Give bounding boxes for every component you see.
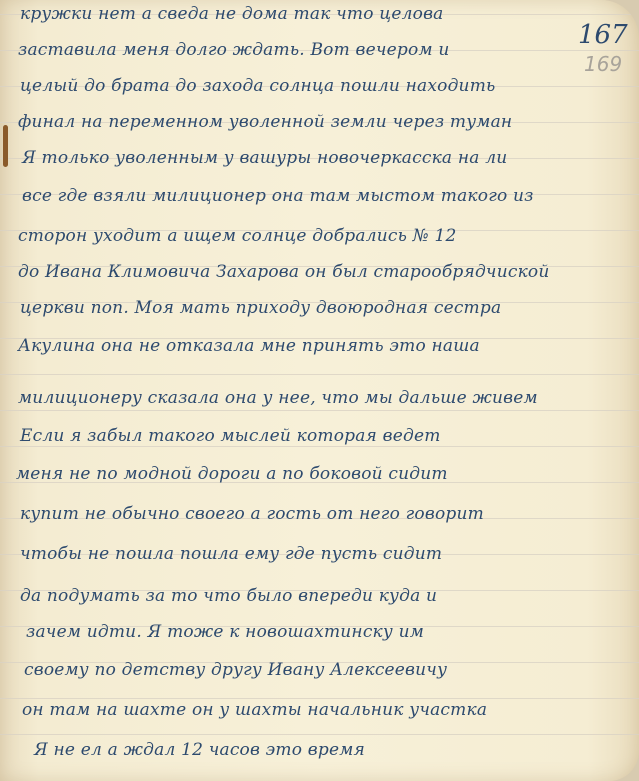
text-line: зачем идти. Я тоже к новошахтинску им bbox=[26, 622, 424, 642]
text-line: заставила меня долго ждать. Вот вечером … bbox=[18, 40, 450, 60]
binding-stain bbox=[3, 125, 8, 167]
text-line: Акулина она не отказала мне принять это … bbox=[18, 336, 480, 356]
text-line: да подумать за то что было впереди куда … bbox=[20, 586, 437, 606]
text-line: милиционеру сказала она у нее, что мы да… bbox=[18, 388, 538, 408]
text-line: церкви поп. Моя мать приходу двоюродная … bbox=[20, 298, 501, 318]
text-line: Я только уволенным у вашуры новочеркасск… bbox=[22, 148, 507, 168]
text-line: до Ивана Климовича Захарова он был старо… bbox=[18, 262, 550, 282]
text-line: чтобы не пошла пошла ему где пусть сидит bbox=[20, 544, 442, 564]
ruled-line bbox=[0, 698, 639, 699]
ruled-line bbox=[0, 410, 639, 411]
text-line: целый до брата до захода солнца пошли на… bbox=[20, 76, 495, 96]
page-number-pencil: 169 bbox=[584, 52, 622, 76]
page-number-ink: 167 bbox=[578, 20, 628, 50]
notebook-page: 167 169 кружки нет а сведа не дома так ч… bbox=[0, 0, 639, 781]
text-line: купит не обычно своего а гость от него г… bbox=[20, 504, 484, 524]
text-line: он там на шахте он у шахты начальник уча… bbox=[22, 700, 487, 720]
text-line: финал на переменном уволенной земли чере… bbox=[18, 112, 512, 132]
text-line: Я не ел а ждал 12 часов это время bbox=[34, 740, 365, 760]
ruled-line bbox=[0, 374, 639, 375]
ruled-line bbox=[0, 446, 639, 447]
text-line: сторон уходит а ищем солнце добрались № … bbox=[18, 226, 457, 246]
text-line: меня не по модной дороги а по боковой си… bbox=[16, 464, 448, 484]
text-line: своему по детству другу Ивану Алексеевич… bbox=[24, 660, 447, 680]
ruled-line bbox=[0, 734, 639, 735]
text-line: Если я забыл такого мыслей которая ведет bbox=[20, 426, 441, 446]
text-line: все где взяли милиционер она там мыстом … bbox=[22, 186, 534, 206]
text-line: кружки нет а сведа не дома так что целов… bbox=[20, 4, 444, 24]
